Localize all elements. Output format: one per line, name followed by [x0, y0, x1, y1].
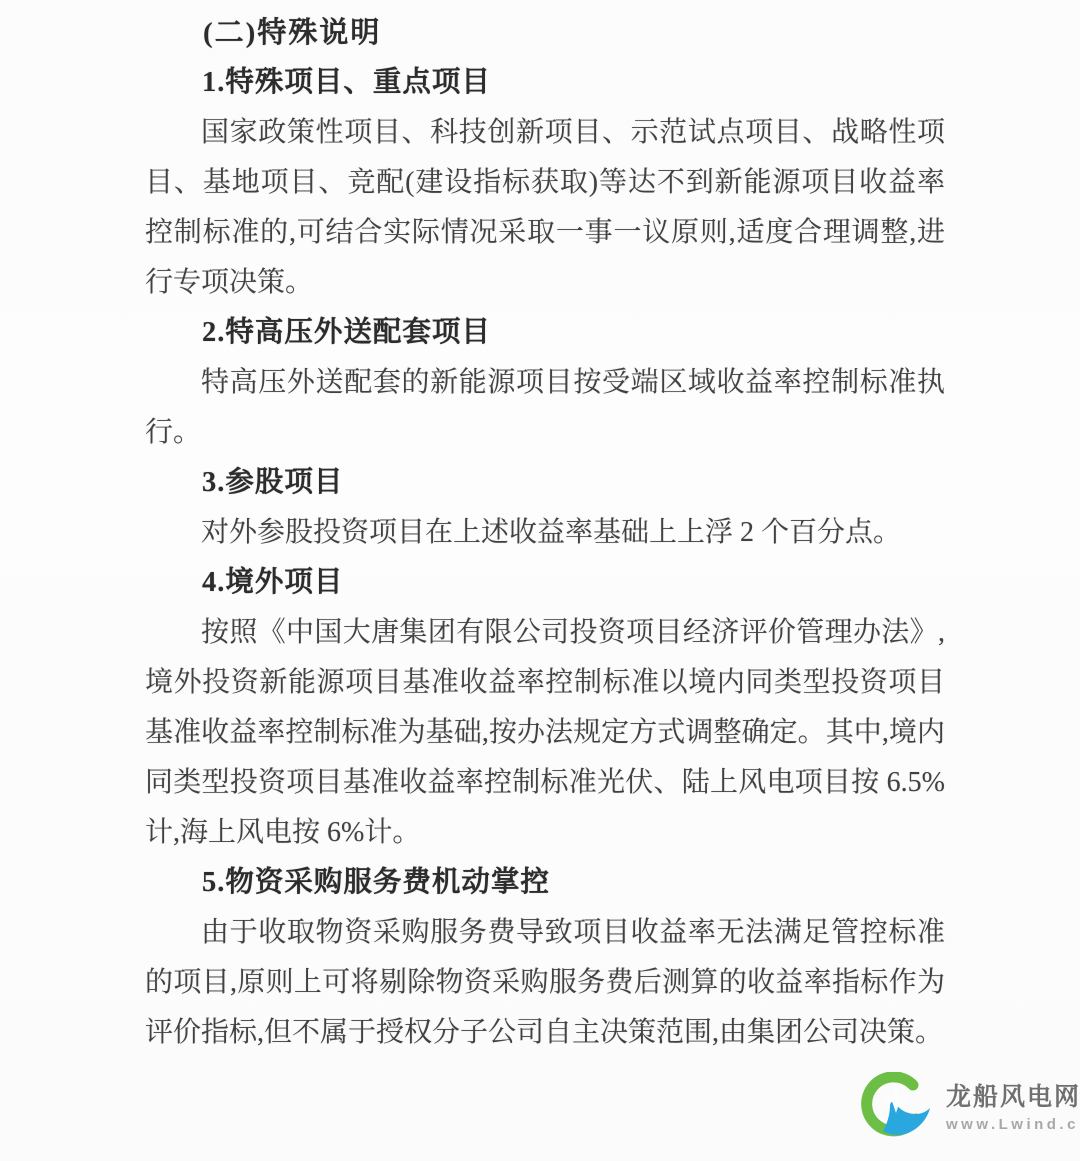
item-paragraph-1: 国家政策性项目、科技创新项目、示范试点项目、战略性项目、基地项目、竞配(建设指标… — [145, 108, 945, 308]
item-heading-1: 1.特殊项目、重点项目 — [145, 58, 945, 108]
item-heading-5: 5.物资采购服务费机动掌控 — [145, 858, 945, 908]
section-heading: (二)特殊说明 — [145, 8, 945, 58]
watermark-site-url: www.Lwind.cn — [946, 1115, 1080, 1135]
document-body: (二)特殊说明 1.特殊项目、重点项目 国家政策性项目、科技创新项目、示范试点项… — [145, 8, 945, 1058]
item-heading-2: 2.特高压外送配套项目 — [145, 308, 945, 358]
lwind-logo-icon — [860, 1072, 932, 1146]
watermark: 龙船风电网 www.Lwind.cn — [860, 1072, 1080, 1146]
item-paragraph-3: 对外参股投资项目在上述收益率基础上上浮 2 个百分点。 — [145, 508, 945, 558]
document-page: (二)特殊说明 1.特殊项目、重点项目 国家政策性项目、科技创新项目、示范试点项… — [0, 0, 1080, 1161]
item-heading-3: 3.参股项目 — [145, 458, 945, 508]
watermark-text: 龙船风电网 www.Lwind.cn — [946, 1083, 1080, 1135]
item-paragraph-2: 特高压外送配套的新能源项目按受端区域收益率控制标准执行。 — [145, 358, 945, 458]
item-paragraph-4: 按照《中国大唐集团有限公司投资项目经济评价管理办法》,境外投资新能源项目基准收益… — [145, 608, 945, 858]
item-heading-4: 4.境外项目 — [145, 558, 945, 608]
item-paragraph-5: 由于收取物资采购服务费导致项目收益率无法满足管控标准的项目,原则上可将剔除物资采… — [145, 908, 945, 1058]
watermark-site-name: 龙船风电网 — [946, 1083, 1080, 1111]
